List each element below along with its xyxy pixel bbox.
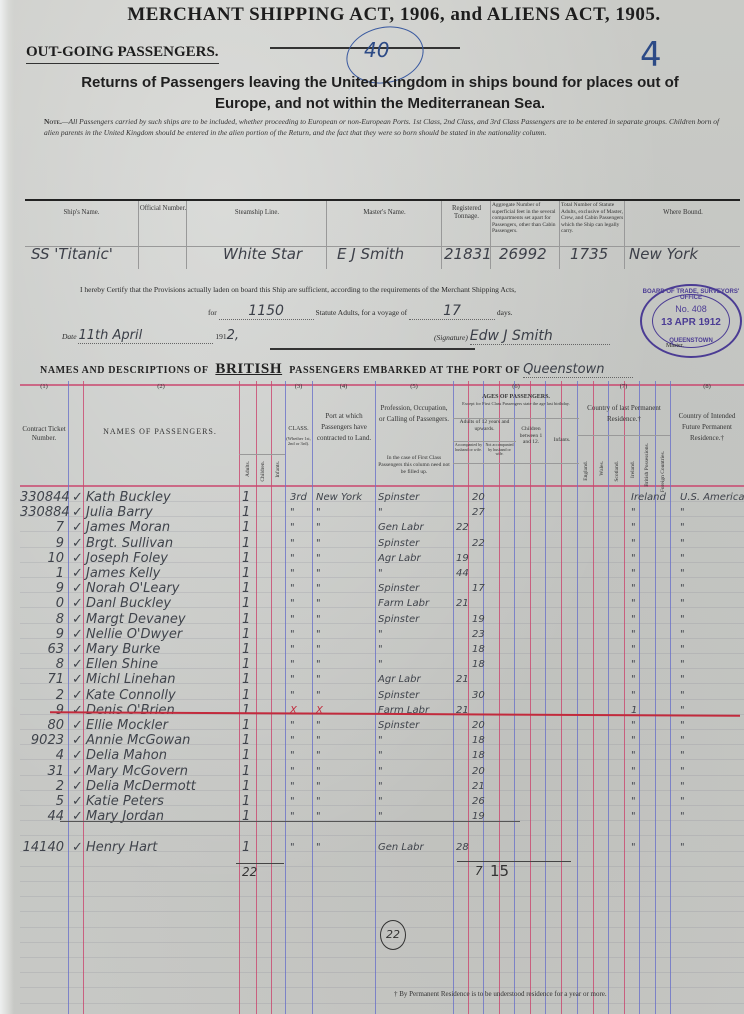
col8-header: Country of Intended Future Permanent Res…	[672, 411, 742, 444]
ticket-number: 8	[20, 612, 64, 627]
ages-total-rule	[457, 861, 571, 862]
ticket-number: 330884	[20, 505, 64, 520]
ticket-number: 8	[20, 657, 64, 672]
age-male: 21	[456, 674, 470, 685]
table-row: 44✓Mary Jordan1"""19""	[20, 809, 744, 825]
title-suffix: PASSENGERS EMBARKED AT THE PORT OF	[289, 365, 520, 376]
future-residence: "	[680, 629, 740, 640]
col5-header: Profession, Occupation, or Calling of Pa…	[377, 403, 451, 425]
age-female: 26	[472, 796, 486, 807]
males-total: 7	[475, 864, 483, 878]
occupation-value: Spinster	[378, 492, 452, 503]
passenger-name: Delia McDermott	[86, 779, 236, 794]
days-label: days.	[497, 308, 513, 317]
table-row	[20, 824, 744, 840]
col5-subheader: In the case of First Class Passengers th…	[377, 455, 451, 476]
foreign-countries-header: Foreign Countries.	[660, 451, 666, 492]
stamp-top-text: BOARD OF TRADE, SURVEYORS' OFFICE	[642, 289, 740, 301]
ireland-header: Ireland.	[630, 461, 636, 478]
certificate-date-row: Date 11th April 1912,	[62, 328, 239, 344]
port-value: New York	[316, 492, 374, 503]
where-bound-header: Where Bound.	[625, 209, 741, 217]
table-row: 14140✓Henry Hart1""Gen Labr28""	[20, 840, 744, 856]
col6-number: (6)	[453, 383, 579, 390]
passenger-name: Ellen Shine	[86, 657, 236, 672]
age-female: 18	[472, 659, 486, 670]
future-residence: "	[680, 674, 740, 685]
age-male: 22	[456, 522, 470, 533]
aggregate-col: Aggregate Number of superficial feet in …	[490, 201, 559, 269]
class-value: 3rd	[290, 492, 310, 503]
check-mark: ✓	[72, 688, 84, 703]
table-row: 330844✓Kath Buckley13rdNew YorkSpinster2…	[20, 490, 744, 506]
class-value: "	[290, 674, 310, 685]
occupation-value: Spinster	[378, 538, 452, 549]
col8-number: (8)	[670, 383, 744, 390]
class-value: "	[290, 750, 310, 761]
stamp-number: No. 408	[642, 304, 740, 314]
year-prefix: 191	[215, 332, 226, 341]
adults-count: 1	[242, 703, 254, 718]
future-residence: "	[680, 538, 740, 549]
occupation-value: "	[378, 507, 452, 518]
adults-total: 22	[242, 865, 257, 879]
age-female: 30	[472, 690, 486, 701]
occupation-value: "	[378, 796, 452, 807]
check-mark: ✓	[72, 581, 84, 596]
master-name-value: E J Smith	[337, 245, 404, 263]
adults-count: 1	[242, 794, 254, 809]
adults-count: 1	[242, 581, 254, 596]
residence-ireland: "	[631, 583, 641, 594]
port-value: "	[316, 644, 374, 655]
port-value: "	[316, 842, 374, 853]
residence-ireland: "	[631, 568, 641, 579]
class-value: "	[290, 796, 310, 807]
occupation-value: Farm Labr	[378, 598, 452, 609]
port-value: "	[316, 781, 374, 792]
age-male: 21	[456, 598, 470, 609]
col1-number: (1)	[20, 383, 68, 390]
passenger-name: Norah O'Leary	[86, 581, 236, 596]
class-value: "	[290, 614, 310, 625]
signature-value: Edw J Smith	[470, 328, 553, 344]
adults-count: 1	[242, 627, 254, 642]
future-residence: "	[680, 614, 740, 625]
ruled-line	[20, 1003, 744, 1004]
passenger-name: Julia Barry	[86, 505, 236, 520]
steamship-line-header: Steamship Line.	[187, 209, 327, 217]
ticket-number: 14140	[20, 840, 64, 855]
future-residence: U.S. America	[680, 492, 740, 503]
future-residence: "	[680, 842, 740, 853]
future-residence: "	[680, 750, 740, 761]
adults-count: 1	[242, 566, 254, 581]
table-row: 8✓Margt Devaney1""Spinster19""	[20, 612, 744, 628]
ruled-line	[20, 911, 744, 912]
signature-label: (Signature)	[434, 333, 468, 342]
table-row: 9✓Norah O'Leary1""Spinster17""	[20, 581, 744, 597]
port-value: Queenstown	[523, 362, 633, 378]
occupation-value: "	[378, 659, 452, 670]
adults-count: 1	[242, 490, 254, 505]
signature-field: Edw J Smith	[470, 328, 610, 345]
ship-info-table: Ship's Name. SS 'Titanic' Official Numbe…	[25, 199, 740, 267]
future-residence: "	[680, 507, 740, 518]
adults-count: 1	[242, 840, 254, 855]
passenger-name: James Moran	[86, 520, 236, 535]
residence-ireland: "	[631, 750, 641, 761]
col2-number: (2)	[83, 383, 239, 390]
adults-count: 1	[242, 505, 254, 520]
table-row: 330884✓Julia Barry1"""27""	[20, 505, 744, 521]
residence-ireland: "	[631, 644, 641, 655]
ticket-number: 44	[20, 809, 64, 824]
note-text: —All Passengers carried by such ships ar…	[44, 117, 719, 137]
adults-count: 1	[242, 596, 254, 611]
check-mark: ✓	[72, 657, 84, 672]
ruled-line	[20, 972, 744, 973]
col1-header: Contract Ticket Number.	[22, 425, 66, 443]
wales-header: Wales.	[599, 461, 605, 476]
returns-line-2: Europe, and not within the Mediterranean…	[40, 93, 720, 114]
future-residence: "	[680, 781, 740, 792]
for-label: for	[208, 308, 217, 317]
residence-ireland: "	[631, 659, 641, 670]
future-residence: "	[680, 659, 740, 670]
check-mark: ✓	[72, 612, 84, 627]
passenger-name: Henry Hart	[86, 840, 236, 855]
ticket-number: 9	[20, 581, 64, 596]
passenger-name: Annie McGowan	[86, 733, 236, 748]
adults-count: 1	[242, 551, 254, 566]
certificate-rule	[270, 348, 475, 350]
port-value: "	[316, 553, 374, 564]
ruled-line	[20, 957, 744, 958]
check-mark: ✓	[72, 748, 84, 763]
circled-number: 40	[364, 38, 389, 62]
header-bottom-rule	[20, 485, 744, 487]
british-possessions-header: British Possessions.	[644, 443, 650, 487]
occupation-value: "	[378, 644, 452, 655]
board-of-trade-stamp: BOARD OF TRADE, SURVEYORS' OFFICE No. 40…	[640, 284, 742, 358]
col6-adults-header: Adults of 12 years and upwards.	[453, 419, 516, 433]
adults-count: 1	[242, 779, 254, 794]
residence-ireland: "	[631, 842, 641, 853]
port-value: "	[316, 507, 374, 518]
col3-number: (3)	[285, 383, 312, 390]
ruled-line	[20, 896, 744, 897]
class-value: "	[290, 659, 310, 670]
passenger-name: Mary McGovern	[86, 764, 236, 779]
col7-number: (7)	[577, 383, 670, 390]
residence-ireland: Ireland	[631, 492, 641, 503]
port-value: "	[316, 750, 374, 761]
statute-adults-field: 1150	[219, 303, 314, 320]
adults-count: 1	[242, 764, 254, 779]
master-name-header: Master's Name.	[327, 209, 442, 217]
check-mark: ✓	[72, 718, 84, 733]
port-value: "	[316, 659, 374, 670]
age-male: 19	[456, 553, 470, 564]
ticket-number: 330844	[20, 490, 64, 505]
age-female: 22	[472, 538, 486, 549]
ruled-line	[20, 866, 744, 867]
ship-name-header: Ship's Name.	[25, 209, 138, 217]
ship-name-col: Ship's Name. SS 'Titanic'	[25, 201, 138, 269]
port-value: "	[316, 690, 374, 701]
ticket-number: 2	[20, 688, 64, 703]
col6-children-header: Children between 1 and 12.	[516, 426, 546, 446]
port-value: "	[316, 538, 374, 549]
check-mark: ✓	[72, 642, 84, 657]
tonnage-col: Registered Tonnage. 21831	[441, 201, 490, 269]
infants-header: Infants.	[275, 461, 281, 478]
age-female: 21	[472, 781, 486, 792]
future-residence: "	[680, 522, 740, 533]
table-row: 31✓Mary McGovern1"""20""	[20, 764, 744, 780]
stamp-date: 13 APR 1912	[642, 317, 740, 328]
check-mark: ✓	[72, 566, 84, 581]
port-value: "	[316, 598, 374, 609]
passenger-name: Nellie O'Dwyer	[86, 627, 236, 642]
age-female: 20	[472, 766, 486, 777]
col2-header: NAMES OF PASSENGERS.	[100, 425, 220, 439]
ticket-number: 7	[20, 520, 64, 535]
residence-ireland: "	[631, 507, 641, 518]
table-row: 2✓Delia McDermott1"""21""	[20, 779, 744, 795]
statute-label: Statute Adults, for a voyage of	[316, 308, 408, 317]
ticket-number: 2	[20, 779, 64, 794]
occupation-value: Gen Labr	[378, 522, 452, 533]
passenger-name: Katie Peters	[86, 794, 236, 809]
ticket-number: 9	[20, 627, 64, 642]
footnote: † By Permanent Residence is to be unders…	[394, 990, 607, 998]
ticket-number: 71	[20, 672, 64, 687]
age-female: 27	[472, 507, 486, 518]
future-residence: "	[680, 766, 740, 777]
class-value: X	[290, 705, 310, 716]
age-female: 23	[472, 629, 486, 640]
residence-ireland: "	[631, 720, 641, 731]
check-mark: ✓	[72, 551, 84, 566]
future-residence: "	[680, 811, 740, 822]
passenger-name: Kath Buckley	[86, 490, 236, 505]
check-mark: ✓	[72, 627, 84, 642]
port-value: "	[316, 522, 374, 533]
class-value: "	[290, 766, 310, 777]
certificate-text: I hereby Certify that the Provisions act…	[80, 285, 516, 294]
table-row: 8✓Ellen Shine1"""18""	[20, 657, 744, 673]
ticket-number: 4	[20, 748, 64, 763]
official-number-col: Official Number.	[138, 201, 186, 269]
passenger-name: James Kelly	[86, 566, 236, 581]
future-residence: "	[680, 735, 740, 746]
check-mark: ✓	[72, 536, 84, 551]
date-value: 11th April	[78, 328, 142, 343]
class-value: "	[290, 644, 310, 655]
passenger-name: Michl Linehan	[86, 672, 236, 687]
occupation-value: Spinster	[378, 583, 452, 594]
col7-header: Country of last Permanent Residence.†	[579, 403, 669, 425]
adults-header: Adults.	[245, 461, 251, 477]
ship-name-value: SS 'Titanic'	[31, 245, 113, 263]
sub-rule	[453, 463, 579, 464]
occupation-value: "	[378, 735, 452, 746]
total-adults-header: Total Number of Statute Adults, exclusiv…	[561, 202, 624, 235]
adults-count: 1	[242, 612, 254, 627]
date-label: Date	[62, 332, 77, 341]
age-female: 20	[472, 720, 486, 731]
section-label: OUT-GOING PASSENGERS.	[26, 44, 219, 64]
note: Note.—All Passengers carried by such shi…	[44, 116, 724, 138]
adults-count: 1	[242, 520, 254, 535]
steamship-line-col: Steamship Line. White Star	[186, 201, 326, 269]
port-value: "	[316, 766, 374, 777]
stamp-bottom-text: QUEENSTOWN	[642, 338, 740, 344]
col6-infants-header: Infants.	[547, 436, 577, 445]
grey-strike-line	[60, 821, 520, 822]
col6-accompanied-header: Accompanied by husband or wife.	[453, 443, 484, 452]
residence-ireland: "	[631, 522, 641, 533]
age-female: 18	[472, 750, 486, 761]
sub-rule	[577, 435, 670, 436]
title-prefix: NAMES AND DESCRIPTIONS OF	[40, 365, 208, 376]
official-number-header: Official Number.	[139, 205, 187, 213]
class-value: "	[290, 553, 310, 564]
table-row: 5✓Katie Peters1"""26""	[20, 794, 744, 810]
future-residence: "	[680, 690, 740, 701]
port-value: "	[316, 629, 374, 640]
passenger-name: Danl Buckley	[86, 596, 236, 611]
age-female: 18	[472, 735, 486, 746]
table-row: 7✓James Moran1""Gen Labr22""	[20, 520, 744, 536]
aggregate-value: 26992	[499, 245, 547, 263]
class-value: "	[290, 598, 310, 609]
class-value: "	[290, 629, 310, 640]
title-british: BRITISH	[215, 361, 282, 377]
adults-count: 1	[242, 672, 254, 687]
table-row: 2✓Kate Connolly1""Spinster30""	[20, 688, 744, 704]
passenger-name: Margt Devaney	[86, 612, 236, 627]
total-adults-value: 1735	[570, 245, 608, 263]
page-number: 4	[640, 35, 662, 75]
age-male: 44	[456, 568, 470, 579]
note-label: Note.	[44, 117, 62, 126]
age-female: 19	[472, 614, 486, 625]
age-male: 28	[456, 842, 470, 853]
table-row: 10✓Joseph Foley1""Agr Labr19""	[20, 551, 744, 567]
table-row: 9023✓Annie McGowan1"""18""	[20, 733, 744, 749]
adults-count: 1	[242, 733, 254, 748]
check-mark: ✓	[72, 672, 84, 687]
occupation-value: "	[378, 750, 452, 761]
residence-ireland: "	[631, 538, 641, 549]
year-suffix: 2,	[227, 328, 239, 343]
check-mark: ✓	[72, 520, 84, 535]
tonnage-value: 21831	[444, 245, 492, 263]
class-value: "	[290, 522, 310, 533]
port-value: "	[316, 614, 374, 625]
check-mark: ✓	[72, 703, 84, 718]
future-residence: "	[680, 644, 740, 655]
table-row: 71✓Michl Linehan1""Agr Labr21""	[20, 672, 744, 688]
residence-ireland: "	[631, 598, 641, 609]
check-mark: ✓	[72, 794, 84, 809]
col6-subheader: Except for First Class Passengers state …	[453, 401, 579, 406]
check-mark: ✓	[72, 779, 84, 794]
port-value: "	[316, 568, 374, 579]
tonnage-header: Registered Tonnage.	[442, 205, 491, 221]
check-mark: ✓	[72, 840, 84, 855]
age-female: 20	[472, 492, 486, 503]
returns-line-1: Returns of Passengers leaving the United…	[40, 72, 720, 93]
occupation-value: "	[378, 629, 452, 640]
passenger-name: Mary Burke	[86, 642, 236, 657]
col4-header: Port at which Passengers have contracted…	[314, 411, 374, 444]
class-value: "	[290, 568, 310, 579]
check-mark: ✓	[72, 505, 84, 520]
col4-number: (4)	[312, 383, 375, 390]
col5-number: (5)	[375, 383, 453, 390]
signature-row: (Signature) Edw J Smith	[434, 328, 610, 345]
ticket-number: 9	[20, 536, 64, 551]
occupation-value: "	[378, 766, 452, 777]
occupation-value: Spinster	[378, 720, 452, 731]
check-mark: ✓	[72, 764, 84, 779]
ticket-number: 1	[20, 566, 64, 581]
master-name-col: Master's Name. E J Smith	[326, 201, 441, 269]
ship-table-divider	[25, 246, 740, 247]
passenger-section-title: NAMES AND DESCRIPTIONS OF BRITISH PASSEN…	[40, 361, 633, 378]
ticket-number: 0	[20, 596, 64, 611]
ticket-number: 9023	[20, 733, 64, 748]
master-label: Master.	[666, 343, 684, 349]
col3-subheader: (Whether 1st, 2nd or 3rd).	[286, 436, 311, 446]
class-value: "	[290, 720, 310, 731]
ticket-number: 10	[20, 551, 64, 566]
date-field: 11th April	[78, 328, 213, 344]
table-row: 0✓Danl Buckley1""Farm Labr21""	[20, 596, 744, 612]
scotland-header: Scotland.	[614, 461, 620, 482]
class-value: "	[290, 507, 310, 518]
future-residence: "	[680, 598, 740, 609]
occupation-value: Spinster	[378, 614, 452, 625]
ruled-line	[20, 881, 744, 882]
table-row: 80✓Ellie Mockler1""Spinster20""	[20, 718, 744, 734]
passenger-table: (1) Contract Ticket Number. (2) NAMES OF…	[20, 381, 744, 1014]
adults-count: 1	[242, 718, 254, 733]
passenger-name: Joseph Foley	[86, 551, 236, 566]
occupation-value: Spinster	[378, 690, 452, 701]
aggregate-header: Aggregate Number of superficial feet in …	[492, 202, 559, 235]
residence-ireland: "	[631, 629, 641, 640]
adults-count: 1	[242, 642, 254, 657]
ticket-number: 5	[20, 794, 64, 809]
future-residence: "	[680, 720, 740, 731]
voyage-days-field: 17	[409, 303, 495, 320]
class-value: "	[290, 538, 310, 549]
occupation-value: Gen Labr	[378, 842, 452, 853]
occupation-value: "	[378, 781, 452, 792]
children-header: Children.	[260, 461, 266, 482]
occupation-value: "	[378, 568, 452, 579]
class-value: "	[290, 781, 310, 792]
passenger-name: Ellie Mockler	[86, 718, 236, 733]
future-residence: "	[680, 796, 740, 807]
females-total: 15	[490, 862, 509, 880]
where-bound-col: Where Bound. New York	[624, 201, 740, 269]
